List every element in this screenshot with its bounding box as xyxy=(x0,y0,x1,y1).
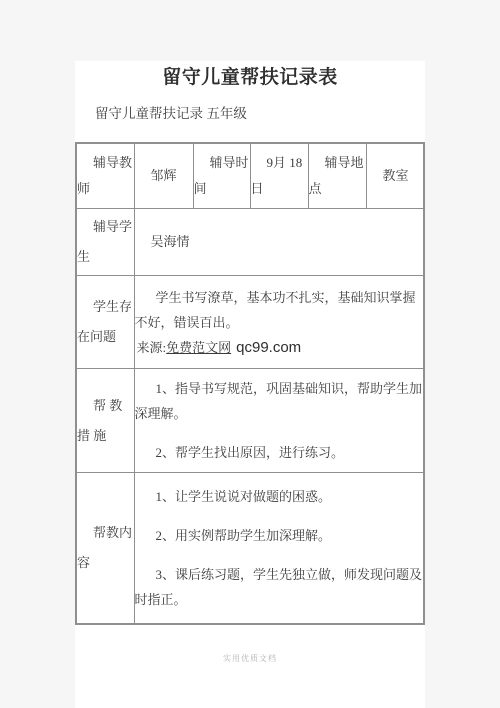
tutor-place-value: 教室 xyxy=(367,163,424,189)
help-measures-label: 帮 教 措 施 xyxy=(77,391,134,451)
student-problems-content-cell: 学生书写潦草，基本功不扎实，基础知识掌握不好，错误百出。 来源:免费范文网qc9… xyxy=(134,276,424,369)
document-canvas: 留守儿童帮扶记录表 留守儿童帮扶记录 五年级 辅导教师 邹辉 辅导时间 9月 1… xyxy=(0,0,500,708)
tutor-place-label-cell: 辅导地点 xyxy=(308,143,366,209)
tutor-time-label: 辅导时间 xyxy=(194,150,250,202)
student-problems-label: 学生存在问题 xyxy=(77,292,134,352)
tutor-teacher-label-cell: 辅导教师 xyxy=(76,143,134,209)
table-row-header: 辅导教师 邹辉 辅导时间 9月 18日 辅导地点 教室 xyxy=(76,143,424,209)
tutor-teacher-value: 邹辉 xyxy=(135,163,193,189)
tutor-time-value-cell: 9月 18日 xyxy=(250,143,308,209)
student-problems-label-cell: 学生存在问题 xyxy=(76,276,134,369)
help-content-content-cell: 1、让学生说说对做题的困惑。 2、用实例帮助学生加深理解。 3、课后练习题，学生… xyxy=(134,473,424,625)
tutor-time-label-cell: 辅导时间 xyxy=(193,143,250,209)
record-table: 辅导教师 邹辉 辅导时间 9月 18日 辅导地点 教室 xyxy=(75,142,425,625)
content-item-3: 3、课后练习题，学生先独立做，师发现问题及时指正。 xyxy=(135,562,424,612)
source-site[interactable]: qc99.com xyxy=(236,339,301,356)
source-line: 来源:免费范文网qc99.com xyxy=(135,335,424,360)
content-item-2: 2、用实例帮助学生加深理解。 xyxy=(135,523,424,548)
page-footer-watermark: 实用优质文档 xyxy=(75,653,425,664)
source-link[interactable]: 免费范文网 xyxy=(166,340,231,355)
problems-text: 学生书写潦草，基本功不扎实，基础知识掌握不好，错误百出。 xyxy=(135,285,424,335)
page-subtitle: 留守儿童帮扶记录 五年级 xyxy=(95,102,247,122)
tutor-place-value-cell: 教室 xyxy=(366,143,424,209)
page-title: 留守儿童帮扶记录表 xyxy=(75,62,425,89)
tutor-student-value-cell: 吴海情 xyxy=(134,209,424,276)
help-content-label-cell: 帮教内容 xyxy=(76,473,134,625)
measure-item-1: 1、指导书写规范，巩固基础知识，帮助学生加深理解。 xyxy=(135,376,424,426)
document-page: 留守儿童帮扶记录表 留守儿童帮扶记录 五年级 辅导教师 邹辉 辅导时间 9月 1… xyxy=(75,61,425,708)
tutor-teacher-value-cell: 邹辉 xyxy=(134,143,193,209)
tutor-teacher-label: 辅导教师 xyxy=(77,150,134,202)
help-content-label: 帮教内容 xyxy=(77,518,134,578)
content-item-1: 1、让学生说说对做题的困惑。 xyxy=(135,484,424,509)
tutor-student-label: 辅导学生 xyxy=(77,212,134,272)
measure-item-2: 2、帮学生找出原因，进行练习。 xyxy=(135,440,424,465)
table-row-measures: 帮 教 措 施 1、指导书写规范，巩固基础知识，帮助学生加深理解。 2、帮学生找… xyxy=(76,369,424,473)
tutor-student-label-cell: 辅导学生 xyxy=(76,209,134,276)
tutor-student-value: 吴海情 xyxy=(135,229,424,255)
tutor-time-value: 9月 18日 xyxy=(251,150,308,202)
table-row-student: 辅导学生 吴海情 xyxy=(76,209,424,276)
help-measures-label-cell: 帮 教 措 施 xyxy=(76,369,134,473)
table-row-problems: 学生存在问题 学生书写潦草，基本功不扎实，基础知识掌握不好，错误百出。 来源:免… xyxy=(76,276,424,369)
source-prefix: 来源: xyxy=(137,340,167,355)
tutor-place-label: 辅导地点 xyxy=(309,150,366,202)
help-measures-content-cell: 1、指导书写规范，巩固基础知识，帮助学生加深理解。 2、帮学生找出原因，进行练习… xyxy=(134,369,424,473)
table-row-content: 帮教内容 1、让学生说说对做题的困惑。 2、用实例帮助学生加深理解。 3、课后练… xyxy=(76,473,424,625)
